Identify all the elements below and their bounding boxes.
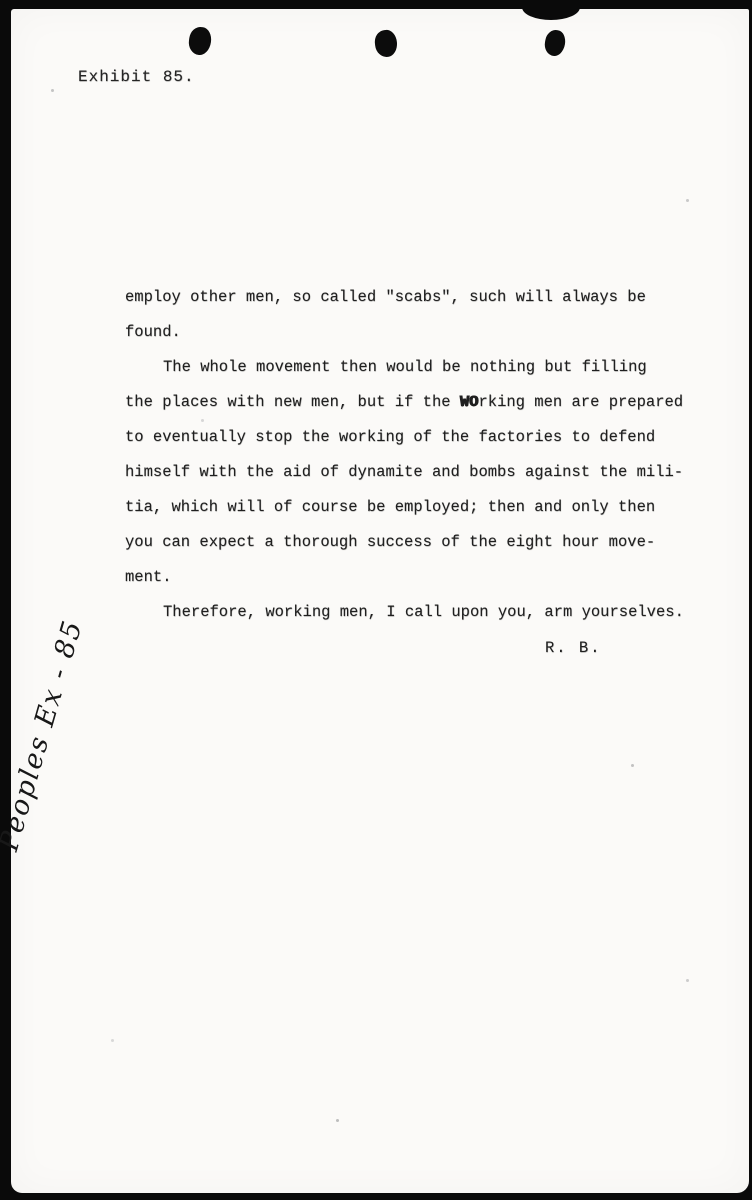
typewritten-line: found. [125,315,705,350]
signature-initials: R. B. [545,639,602,657]
hole-punch-mark [187,26,213,57]
scan-artifact-blob [522,6,580,20]
typewritten-line: Therefore, working men, I call upon you,… [125,595,705,630]
typewritten-line: employ other men, so called "scabs", suc… [125,280,705,315]
typewritten-line: to eventually stop the working of the fa… [125,420,705,455]
typewritten-line: you can expect a thorough success of the… [125,525,705,560]
typewritten-line: himself with the aid of dynamite and bom… [125,455,705,490]
typewritten-line: the places with new men, but if the WOrk… [125,385,705,420]
paper-specks [51,89,54,92]
typewritten-line: tia, which will of course be employed; t… [125,490,705,525]
typewritten-line: The whole movement then would be nothing… [125,350,705,385]
document-body: employ other men, so called "scabs", suc… [125,280,705,630]
typewritten-line: ment. [125,560,705,595]
handwritten-margin-note: Peoples Ex - 85 [0,616,91,855]
hole-punch-mark [543,28,567,57]
exhibit-label: Exhibit 85. [78,68,195,86]
paper-sheet: Exhibit 85. employ other men, so called … [11,9,749,1193]
hole-punch-mark [374,29,399,58]
